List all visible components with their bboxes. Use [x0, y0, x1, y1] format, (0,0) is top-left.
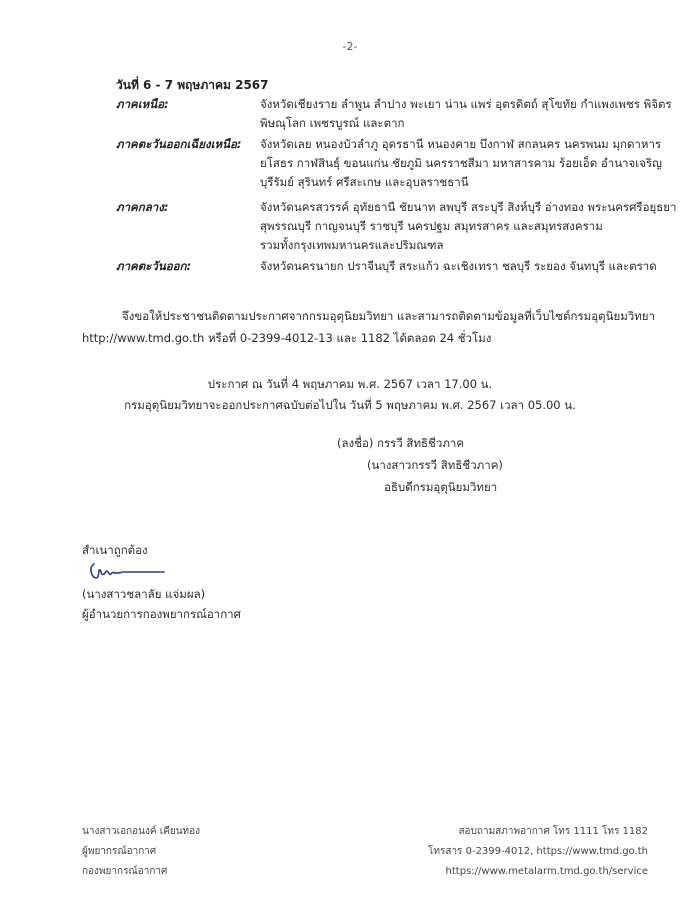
footer-right: สอบถามสภาพอากาศ โทร 1111 โทร 1182 โทรสาร…	[428, 822, 648, 882]
region-provinces-line: จังหวัดเชียงราย ลำพูน ลำปาง พะเยา น่าน แ…	[260, 95, 672, 114]
footer-contact-phone: สอบถามสภาพอากาศ โทร 1111 โทร 1182	[428, 822, 648, 842]
footer-left-line: นางสาวเอกอนงค์ เคียนทอง	[82, 822, 200, 842]
certified-copy-position: ผู้อำนวยการกองพยากรณ์อากาศ	[82, 604, 241, 624]
certified-copy-label: สำเนาถูกต้อง	[82, 540, 148, 560]
footer-contact-link[interactable]: https://www.metalarm.tmd.go.th/service	[428, 862, 648, 882]
announcement-next: กรมอุตุนิยมวิทยาจะออกประกาศฉบับต่อไปใน ว…	[0, 395, 700, 416]
certified-copy-name: (นางสาวชลาลัย แจ่มผล)	[82, 584, 241, 604]
footer-contact-fax[interactable]: โทรสาร 0-2399-4012, https://www.tmd.go.t…	[428, 842, 648, 862]
handwritten-signature-icon	[86, 560, 166, 584]
page-number: -2-	[0, 40, 700, 53]
footer-left-line: ผู้พยากรณ์อากาศ	[82, 842, 200, 862]
signature-block: (ลงชื่อ) กรรวี สิทธิชีวภาค (นางสาวกรรวี …	[337, 432, 503, 498]
region-label: ภาคเหนือ:	[116, 95, 169, 114]
certified-copy-signer: (นางสาวชลาลัย แจ่มผล) ผู้อำนวยการกองพยาก…	[82, 584, 241, 624]
region-provinces-line: รวมทั้งกรุงเทพมหานครและปริมณฑล	[260, 236, 676, 255]
notice-line: http://www.tmd.go.th หรือที่ 0-2399-4012…	[82, 327, 662, 349]
announcement-block: ประกาศ ณ วันที่ 4 พฤษภาคม พ.ศ. 2567 เวลา…	[0, 374, 700, 416]
notice-line: จึงขอให้ประชาชนติดตามประกาศจากกรมอุตุนิย…	[82, 305, 662, 327]
region-provinces-line: จังหวัดเลย หนองบัวลำภู อุดรธานี หนองคาย …	[260, 135, 662, 154]
region-provinces-line: พิษณุโลก เพชรบูรณ์ และตาก	[260, 114, 672, 133]
region-provinces-line: จังหวัดนครสวรรค์ อุทัยธานี ชัยนาท ลพบุรี…	[260, 198, 676, 217]
signatory-full-name: (นางสาวกรรวี สิทธิชีวภาค)	[337, 454, 503, 476]
signatory-position: อธิบดีกรมอุตุนิยมวิทยา	[337, 476, 503, 498]
region-label: ภาคกลาง:	[116, 198, 168, 217]
region-provinces-line: ยโสธร กาฬสินธุ์ ขอนแก่น ชัยภูมิ นครราชสี…	[260, 154, 662, 173]
region-label: ภาคตะวันออกเฉียงเหนือ:	[116, 135, 241, 154]
notice-paragraph: จึงขอให้ประชาชนติดตามประกาศจากกรมอุตุนิย…	[82, 305, 662, 349]
footer-left: นางสาวเอกอนงค์ เคียนทอง ผู้พยากรณ์อากาศ …	[82, 822, 200, 882]
date-heading: วันที่ 6 - 7 พฤษภาคม 2567	[116, 76, 269, 95]
region-provinces-line: บุรีรัมย์ สุรินทร์ ศรีสะเกษ และอุบลราชธา…	[260, 173, 662, 192]
region-provinces-line: สุพรรณบุรี กาญจนบุรี ราชบุรี นครปฐม สมุท…	[260, 217, 676, 236]
region-provinces-line: จังหวัดนครนายก ปราจีนบุรี สระแก้ว ฉะเชิง…	[260, 257, 657, 276]
signed-line: (ลงชื่อ) กรรวี สิทธิชีวภาค	[337, 432, 503, 454]
region-label: ภาคตะวันออก:	[116, 257, 191, 276]
footer-left-line: กองพยากรณ์อากาศ	[82, 862, 200, 882]
announcement-issued: ประกาศ ณ วันที่ 4 พฤษภาคม พ.ศ. 2567 เวลา…	[0, 374, 700, 395]
